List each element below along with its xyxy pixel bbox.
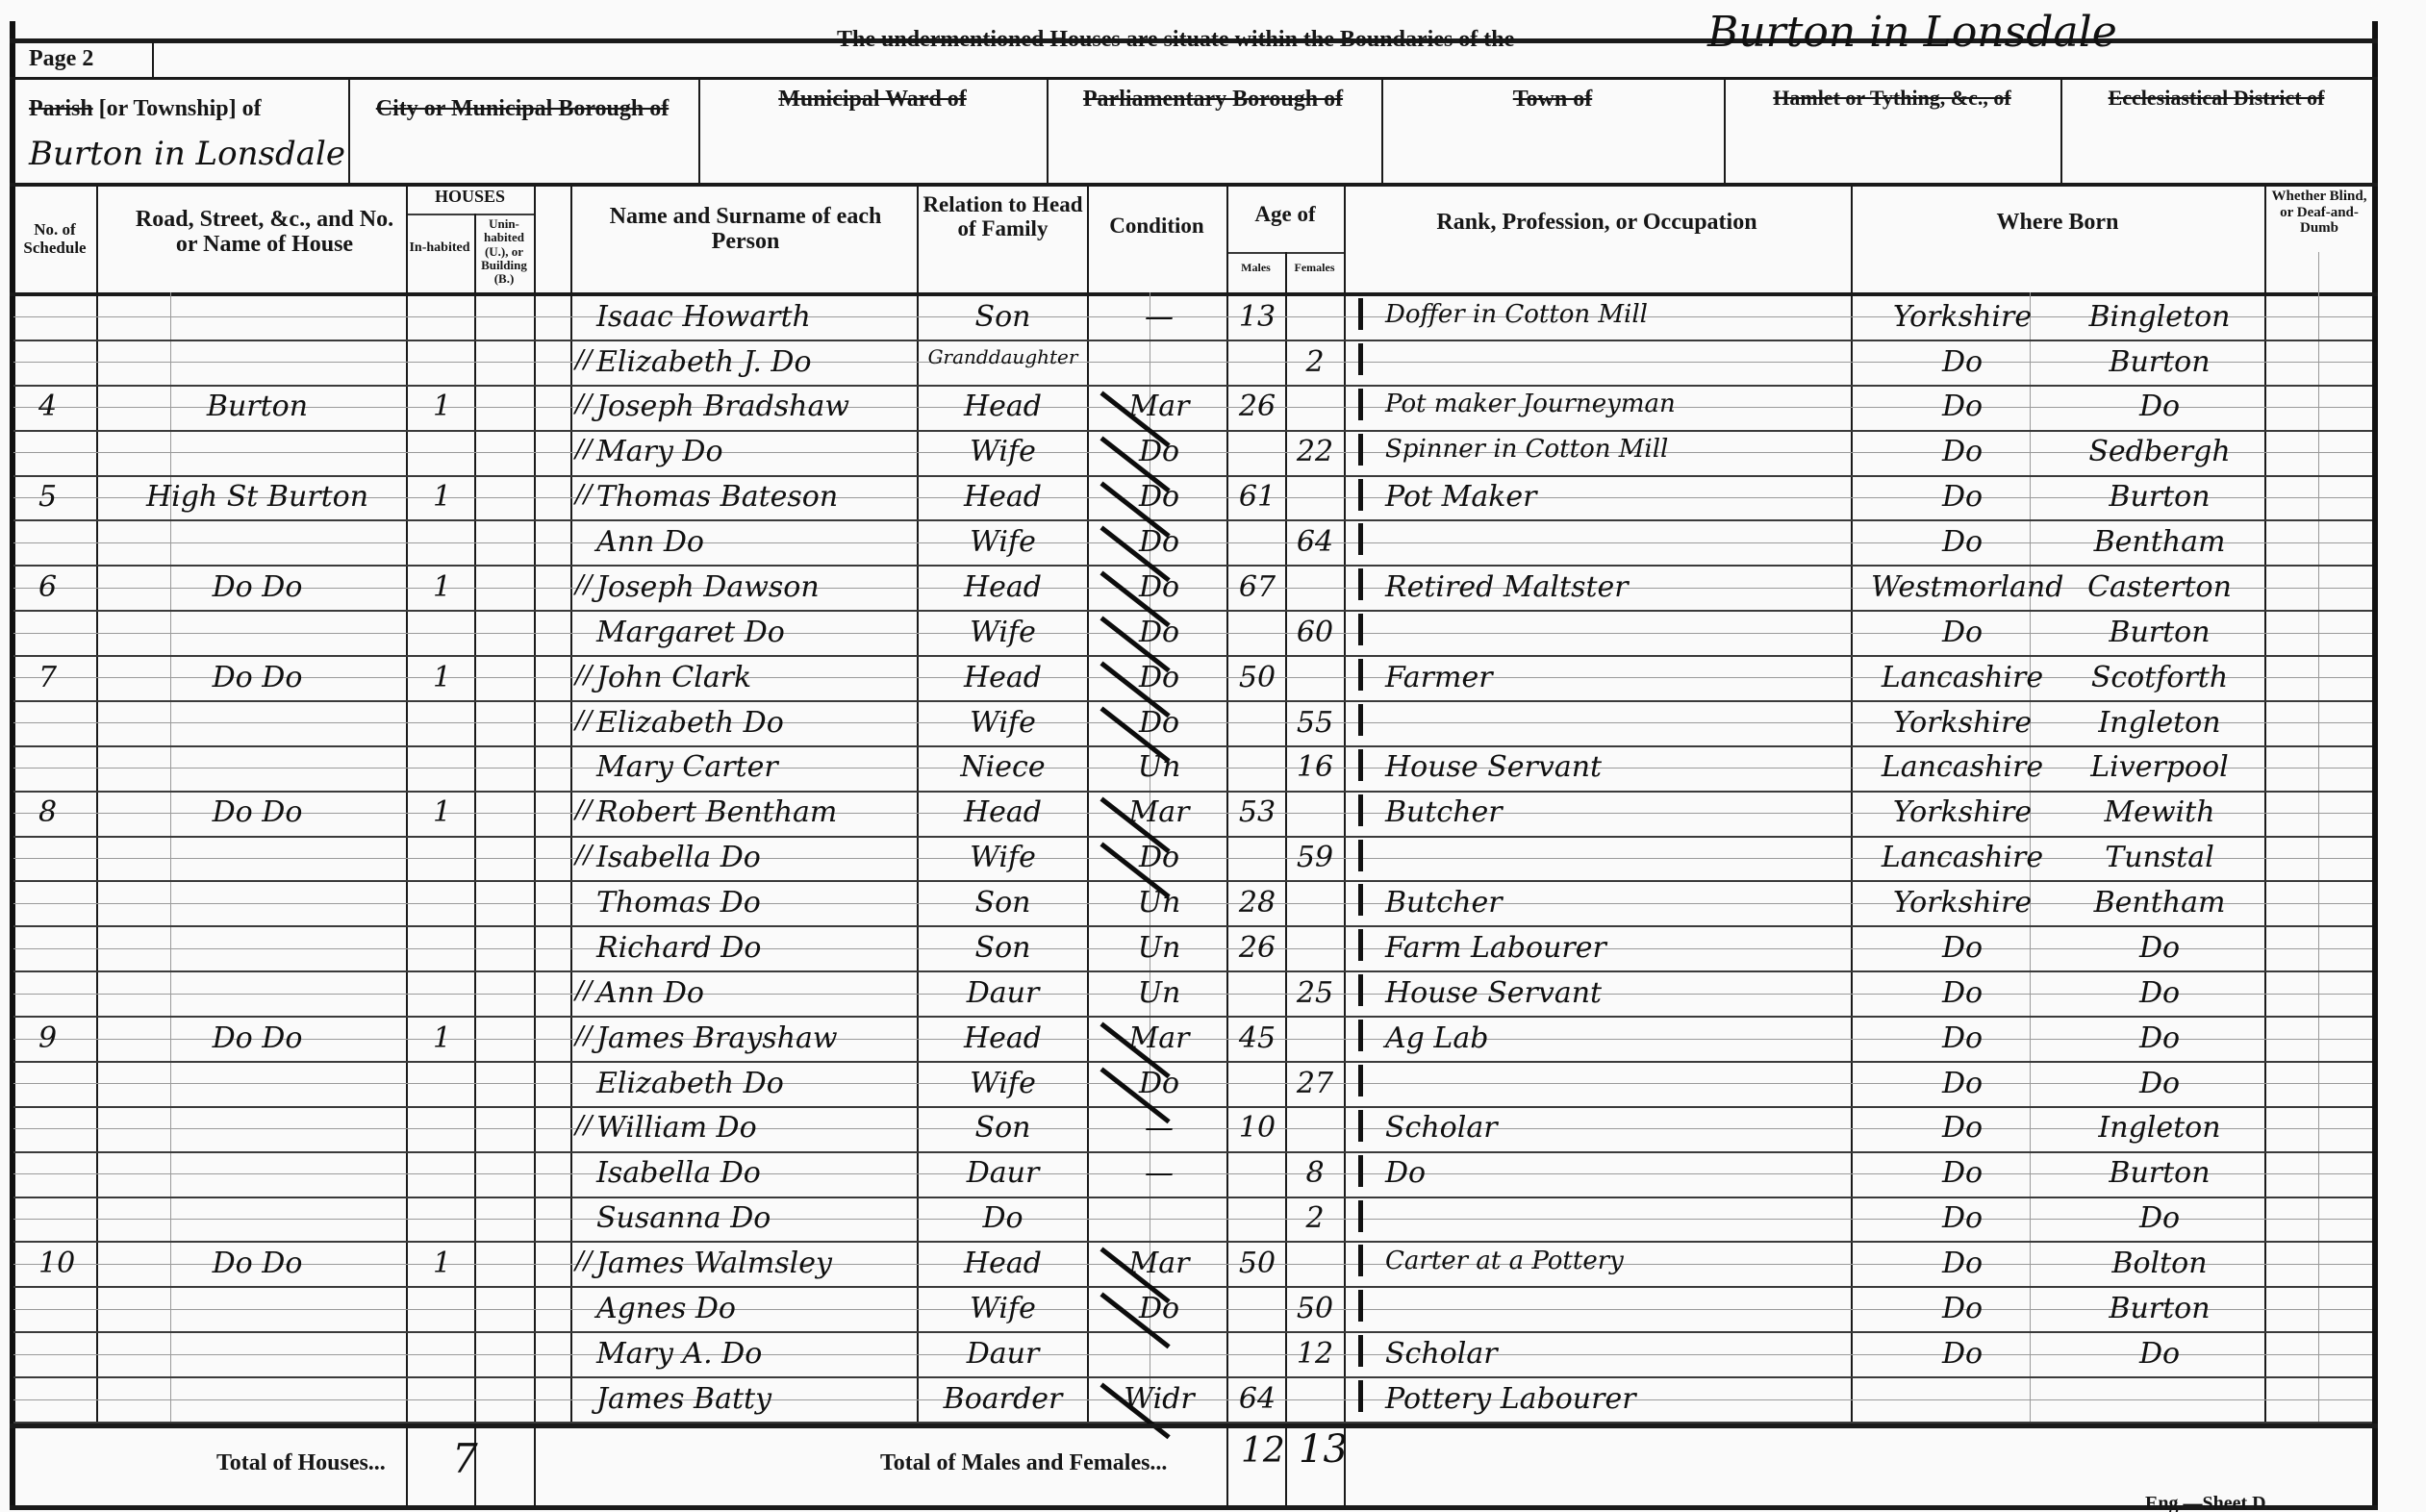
tally-mark: // [575, 480, 593, 509]
person-name: Ann Do [596, 976, 704, 1010]
vline-relation [1087, 183, 1089, 1424]
row-rule [13, 1061, 2372, 1063]
male-age: 28 [1231, 886, 1283, 920]
occupation-tick [1358, 1020, 1363, 1051]
relation: Boarder [923, 1382, 1082, 1416]
born-county: Lancashire [1871, 661, 2054, 694]
relation: Wife [923, 525, 1082, 559]
total-houses-value: 7 [452, 1435, 478, 1482]
tally-mark: // [575, 1111, 593, 1140]
male-age: 61 [1231, 480, 1283, 514]
condition: Un [1097, 976, 1222, 1010]
male-age: 26 [1231, 390, 1283, 423]
born-county: Do [1871, 525, 2054, 559]
relation: Son [923, 300, 1082, 334]
col-relation: Relation to Head of Family [919, 192, 1087, 241]
total-persons-label: Total of Males and Females... [880, 1450, 1167, 1476]
row-rule [13, 1376, 2372, 1378]
female-age: 16 [1289, 750, 1341, 784]
born-place: Scotforth [2059, 661, 2261, 694]
row-rule [13, 655, 2372, 657]
relation: Do [923, 1201, 1082, 1235]
houses-subdivider [406, 214, 534, 215]
female-age: 22 [1289, 435, 1341, 468]
parliamentary-borough-label: Parliamentary Borough of [1047, 87, 1379, 112]
boundary-place: Burton in Lonsdale [1707, 8, 2117, 57]
relation: Son [923, 886, 1082, 920]
born-place: Bentham [2059, 886, 2261, 920]
admin-row-top [10, 77, 2378, 80]
inhabited-count: 1 [433, 795, 451, 829]
footer-mark: Eng.—Sheet D. [2145, 1493, 2271, 1512]
col-houses-group: HOUSES [406, 188, 534, 207]
road-address: Do Do [115, 1247, 399, 1280]
female-age: 25 [1289, 976, 1341, 1010]
col-where-born: Where Born [1851, 210, 2264, 235]
relation: Head [923, 795, 1082, 829]
total-males-value: 12 [1241, 1431, 1285, 1471]
female-age: 50 [1289, 1292, 1341, 1325]
born-county: Do [1871, 390, 2054, 423]
vline-condition [1226, 183, 1228, 1505]
occupation: Butcher [1385, 795, 1503, 829]
born-county: Yorkshire [1871, 706, 2054, 740]
born-place: Do [2059, 931, 2261, 965]
born-place: Burton [2059, 1156, 2261, 1190]
inhabited-count: 1 [433, 570, 451, 604]
person-name: Elizabeth J. Do [596, 345, 812, 379]
inhabited-count: 1 [433, 1021, 451, 1055]
relation: Wife [923, 1292, 1082, 1325]
person-name: Joseph Bradshaw [596, 390, 849, 423]
relation: Daur [923, 1156, 1082, 1190]
vline-road [406, 183, 408, 1505]
bottom-border [10, 1505, 2378, 1510]
relation: Wife [923, 616, 1082, 649]
occupation-tick [1358, 1380, 1363, 1412]
male-age: 26 [1231, 931, 1283, 965]
relation: Head [923, 480, 1082, 514]
row-rule [13, 700, 2372, 702]
born-county: Do [1871, 1292, 2054, 1325]
vline-blind-sub [2318, 252, 2319, 1424]
relation: Wife [923, 706, 1082, 740]
relation: Head [923, 1247, 1082, 1280]
relation: Head [923, 570, 1082, 604]
born-county: Do [1871, 616, 2054, 649]
born-county: Do [1871, 976, 2054, 1010]
col-condition: Condition [1087, 214, 1226, 238]
row-rule [13, 880, 2372, 882]
female-age: 2 [1289, 345, 1341, 379]
road-address: Do Do [115, 570, 399, 604]
born-county: Do [1871, 1111, 2054, 1145]
occupation: Doffer in Cotton Mill [1385, 300, 1648, 329]
occupation-tick [1358, 974, 1363, 1006]
born-county: Do [1871, 1247, 2054, 1280]
born-county: Do [1871, 1201, 2054, 1235]
tally-mark: // [575, 390, 593, 418]
female-age: 59 [1289, 841, 1341, 874]
person-name: Elizabeth Do [596, 706, 784, 740]
occupation-tick [1358, 1245, 1363, 1276]
town-label: Town of [1381, 87, 1724, 112]
person-name: Isabella Do [596, 841, 761, 874]
occupation-tick [1358, 704, 1363, 736]
row-rule [13, 1106, 2372, 1108]
born-place: Bingleton [2059, 300, 2261, 334]
col-age-group: Age of [1226, 202, 1344, 226]
born-place: Sedbergh [2059, 435, 2261, 468]
person-name: John Clark [596, 661, 751, 694]
born-place: Do [2059, 976, 2261, 1010]
occupation-tick [1358, 1065, 1363, 1096]
vline-name [917, 183, 919, 1424]
road-address: Do Do [115, 1021, 399, 1055]
born-county: Yorkshire [1871, 795, 2054, 829]
totals-top [10, 1424, 2378, 1428]
row-rule [13, 1241, 2372, 1243]
col-females: Females [1285, 262, 1344, 274]
schedule-number: 7 [38, 661, 57, 694]
born-place: Do [2059, 1067, 2261, 1100]
person-name: James Walmsley [596, 1247, 832, 1280]
occupation: Pot maker Journeyman [1385, 390, 1676, 418]
admin-divider-1 [348, 77, 350, 185]
row-rule [13, 430, 2372, 432]
occupation: Retired Maltster [1385, 570, 1629, 604]
occupation-tick [1358, 614, 1363, 645]
schedule-number: 10 [38, 1247, 75, 1280]
row-rule [13, 1286, 2372, 1288]
row-rule [13, 1016, 2372, 1018]
person-name: Mary Carter [596, 750, 778, 784]
column-header-top [10, 183, 2378, 187]
occupation: Farmer [1385, 661, 1493, 694]
road-address: Do Do [115, 795, 399, 829]
occupation-tick [1358, 659, 1363, 691]
occupation-tick [1358, 298, 1363, 330]
male-age: 50 [1231, 1247, 1283, 1280]
occupation: Spinner in Cotton Mill [1385, 435, 1668, 464]
boundary-statement: The undermentioned Houses are situate wi… [837, 27, 1514, 53]
condition: Un [1097, 750, 1222, 784]
occupation-tick [1358, 1335, 1363, 1367]
female-age: 64 [1289, 525, 1341, 559]
occupation: House Servant [1385, 976, 1602, 1010]
born-county: Lancashire [1871, 841, 2054, 874]
born-place: Liverpool [2059, 750, 2261, 784]
tally-mark: // [575, 345, 593, 374]
parish-value: Burton in Lonsdale [29, 135, 345, 173]
born-county: Westmorland [1871, 570, 2054, 604]
relation: Son [923, 1111, 1082, 1145]
born-place: Burton [2059, 616, 2261, 649]
inhabited-count: 1 [433, 390, 451, 423]
born-place: Casterton [2059, 570, 2261, 604]
occupation-tick [1358, 434, 1363, 466]
female-age: 8 [1289, 1156, 1341, 1190]
occupation-tick [1358, 929, 1363, 961]
vline-females [1344, 183, 1346, 1505]
page-label: Page 2 [29, 46, 93, 72]
occupation-tick [1358, 1155, 1363, 1187]
occupation-tick [1358, 840, 1363, 871]
relation: Wife [923, 1067, 1082, 1100]
occupation-tick [1358, 389, 1363, 420]
right-border [2372, 21, 2378, 1507]
person-name: Joseph Dawson [596, 570, 820, 604]
schedule-number: 8 [38, 795, 57, 829]
person-name: James Batty [596, 1382, 771, 1416]
born-place: Mewith [2059, 795, 2261, 829]
schedule-number: 6 [38, 570, 57, 604]
row-rule [13, 519, 2372, 521]
born-county: Yorkshire [1871, 300, 2054, 334]
born-place: Tunstal [2059, 841, 2261, 874]
born-place: Ingleton [2059, 706, 2261, 740]
vline-males [1285, 252, 1287, 1505]
road-address: Burton [115, 390, 399, 423]
col-uninhabited: Unin-habited (U.), or Building (B.) [474, 217, 534, 286]
tally-mark: // [575, 1021, 593, 1050]
male-age: 64 [1231, 1382, 1283, 1416]
person-name: Isaac Howarth [596, 300, 811, 334]
relation: Wife [923, 841, 1082, 874]
born-place: Burton [2059, 1292, 2261, 1325]
born-county: Do [1871, 435, 2054, 468]
occupation-tick [1358, 568, 1363, 600]
born-place: Do [2059, 1201, 2261, 1235]
male-age: 50 [1231, 661, 1283, 694]
person-name: James Brayshaw [596, 1021, 838, 1055]
page-box-divider [152, 38, 154, 77]
row-rule [13, 1197, 2372, 1198]
occupation: Ag Lab [1385, 1021, 1488, 1055]
born-place: Do [2059, 1021, 2261, 1055]
column-header-bottom [10, 292, 2378, 296]
occupation: Scholar [1385, 1111, 1498, 1145]
occupation-tick [1358, 479, 1363, 511]
ecclesiastical-district-label: Ecclesiastical District of [2060, 87, 2372, 110]
born-county: Do [1871, 1337, 2054, 1371]
municipal-borough-label: City or Municipal Borough of [348, 96, 696, 121]
person-name: Margaret Do [596, 616, 785, 649]
occupation: Farm Labourer [1385, 931, 1606, 965]
female-age: 60 [1289, 616, 1341, 649]
female-age: 27 [1289, 1067, 1341, 1100]
person-name: William Do [596, 1111, 757, 1145]
female-age: 2 [1289, 1201, 1341, 1235]
row-rule [13, 925, 2372, 927]
male-age: 13 [1231, 300, 1283, 334]
person-name: Robert Bentham [596, 795, 837, 829]
vline-uninhabited [534, 183, 536, 1505]
male-age: 10 [1231, 1111, 1283, 1145]
male-age: 45 [1231, 1021, 1283, 1055]
person-name: Richard Do [596, 931, 761, 965]
tally-mark: // [575, 570, 593, 599]
relation: Head [923, 661, 1082, 694]
born-place: Do [2059, 390, 2261, 423]
tally-mark: // [575, 795, 593, 824]
born-place: Bolton [2059, 1247, 2261, 1280]
relation: Niece [923, 750, 1082, 784]
row-rule [13, 610, 2372, 612]
vline-occupation [1851, 183, 1853, 1424]
tally-mark: // [575, 706, 593, 735]
tally-mark: // [575, 661, 593, 690]
relation: Head [923, 390, 1082, 423]
col-inhabited: In-habited [406, 240, 473, 255]
row-rule [13, 745, 2372, 747]
condition: — [1097, 1111, 1222, 1145]
female-age: 55 [1289, 706, 1341, 740]
born-county: Do [1871, 1156, 2054, 1190]
occupation: Pot Maker [1385, 480, 1537, 514]
tally-mark: // [575, 976, 593, 1005]
born-county: Do [1871, 1021, 2054, 1055]
relation: Head [923, 1021, 1082, 1055]
person-name: Isabella Do [596, 1156, 761, 1190]
occupation-tick [1358, 794, 1363, 826]
occupation: Pottery Labourer [1385, 1382, 1636, 1416]
condition: Un [1097, 886, 1222, 920]
person-name: Thomas Bateson [596, 480, 838, 514]
person-name: Thomas Do [596, 886, 761, 920]
person-name: Ann Do [596, 525, 704, 559]
born-county: Do [1871, 931, 2054, 965]
road-address: High St Burton [115, 480, 399, 514]
occupation-tick [1358, 884, 1363, 916]
col-males: Males [1226, 262, 1285, 274]
born-place: Bentham [2059, 525, 2261, 559]
relation: Son [923, 931, 1082, 965]
occupation-tick [1358, 523, 1363, 555]
occupation: Scholar [1385, 1337, 1498, 1371]
born-place: Burton [2059, 480, 2261, 514]
occupation: House Servant [1385, 750, 1602, 784]
schedule-number: 5 [38, 480, 57, 514]
person-name: Susanna Do [596, 1201, 771, 1235]
occupation: Do [1385, 1156, 1426, 1190]
schedule-number: 9 [38, 1021, 57, 1055]
occupation-tick [1358, 1110, 1363, 1142]
col-name: Name and Surname of each Person [577, 204, 914, 255]
tally-mark: // [575, 435, 593, 464]
relation: Daur [923, 976, 1082, 1010]
occupation-tick [1358, 343, 1363, 375]
col-blind: Whether Blind, or Deaf-and-Dumb [2266, 189, 2372, 237]
vline-where-born [2264, 183, 2266, 1424]
vline-schedule [96, 183, 98, 1424]
hamlet-label: Hamlet or Tything, &c., of [1724, 87, 2060, 110]
inhabited-count: 1 [433, 480, 451, 514]
tally-mark: // [575, 1247, 593, 1275]
total-houses-label: Total of Houses... [216, 1450, 386, 1476]
condition: Un [1097, 931, 1222, 965]
relation: Granddaughter [923, 345, 1082, 368]
inhabited-count: 1 [433, 1247, 451, 1280]
schedule-number: 4 [38, 390, 57, 423]
male-age: 67 [1231, 570, 1283, 604]
born-county: Do [1871, 1067, 2054, 1100]
row-rule [13, 1331, 2372, 1333]
occupation: Carter at a Pottery [1385, 1247, 1624, 1275]
row-rule [13, 791, 2372, 793]
road-address: Do Do [115, 661, 399, 694]
condition: — [1097, 300, 1222, 334]
born-place: Do [2059, 1337, 2261, 1371]
municipal-ward-label: Municipal Ward of [698, 87, 1047, 112]
born-place: Ingleton [2059, 1111, 2261, 1145]
occupation: Butcher [1385, 886, 1503, 920]
tally-mark: // [575, 841, 593, 869]
row-rule [13, 475, 2372, 477]
row-rule [13, 970, 2372, 972]
born-county: Do [1871, 480, 2054, 514]
col-schedule: No. of Schedule [13, 221, 96, 257]
born-county: Do [1871, 345, 2054, 379]
row-rule [13, 340, 2372, 341]
occupation-tick [1358, 749, 1363, 781]
parish-label: Parish [or Township] of [29, 96, 262, 122]
person-name: Mary Do [596, 435, 723, 468]
born-place: Burton [2059, 345, 2261, 379]
row-rule [13, 1151, 2372, 1153]
condition: — [1097, 1156, 1222, 1190]
person-name: Agnes Do [596, 1292, 736, 1325]
female-age: 12 [1289, 1337, 1341, 1371]
inhabited-count: 1 [433, 661, 451, 694]
vline-extra [570, 183, 572, 1424]
person-name: Mary A. Do [596, 1337, 762, 1371]
relation: Wife [923, 435, 1082, 468]
born-county: Yorkshire [1871, 886, 2054, 920]
occupation-tick [1358, 1200, 1363, 1232]
row-rule [13, 836, 2372, 838]
male-age: 53 [1231, 795, 1283, 829]
person-name: Elizabeth Do [596, 1067, 784, 1100]
col-occupation: Rank, Profession, or Occupation [1347, 210, 1847, 235]
occupation-tick [1358, 1290, 1363, 1322]
col-road: Road, Street, &c., and No. or Name of Ho… [125, 207, 404, 258]
total-females-value: 13 [1299, 1427, 1348, 1472]
relation: Daur [923, 1337, 1082, 1371]
born-county: Lancashire [1871, 750, 2054, 784]
row-rule [13, 565, 2372, 567]
row-rule [13, 385, 2372, 387]
